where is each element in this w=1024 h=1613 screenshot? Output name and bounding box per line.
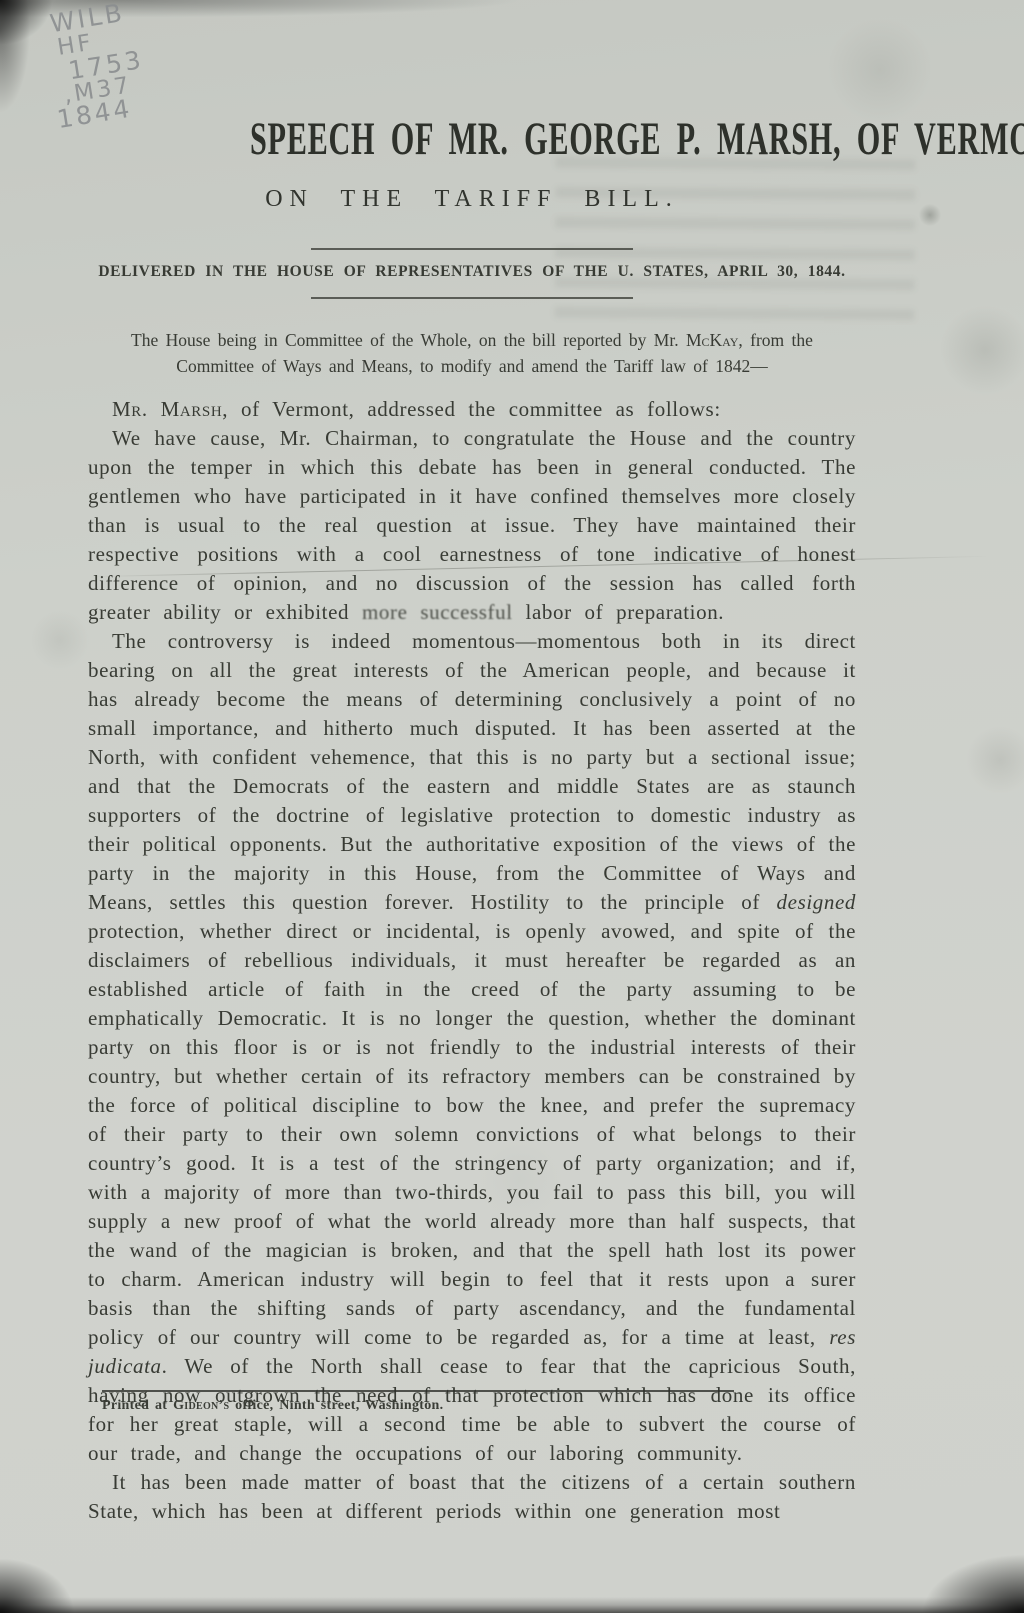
committee-preamble-line: Committee of Ways and Means, to modify a… (88, 353, 856, 379)
imprint-rule (102, 1390, 734, 1392)
delivery-statement: DELIVERED IN THE HOUSE OF REPRESENTATIVE… (88, 263, 856, 281)
speaker-attribution: Mr. Marsh, of Vermont, addressed the com… (88, 395, 856, 424)
text-segment: Mr. Marsh (112, 397, 222, 421)
committee-preamble: The House being in Committee of the Whol… (88, 327, 856, 379)
text-segment: We have cause, Mr. Chairman, to congratu… (88, 426, 856, 624)
text-segment: , of Vermont, addressed the committee as… (222, 397, 721, 421)
speech-subtitle: ON THE TARIFF BILL. (88, 184, 856, 214)
divider-rule-bottom (311, 297, 633, 299)
printed-content-column: SPEECH OF MR. GEORGE P. MARSH, OF VERMON… (88, 0, 856, 1526)
speech-title-text: SPEECH OF MR. GEORGE P. MARSH, OF VERMON… (250, 115, 1024, 164)
text-segment: The House being in Committee of the Whol… (131, 330, 686, 350)
committee-preamble-line: The House being in Committee of the Whol… (88, 327, 856, 353)
text-segment: designed (777, 890, 856, 914)
speech-body: Mr. Marsh, of Vermont, addressed the com… (88, 395, 856, 1526)
text-segment: , from the (738, 330, 813, 350)
pamphlet-page: WILB HF 1753 ,M37 1844 SPEECH OF MR. GEO… (0, 0, 1024, 1613)
text-segment: more successful (362, 600, 513, 624)
printer-imprint: Printed at Gideon’s office, Ninth street… (102, 1398, 742, 1414)
text-segment: Gideon’s (173, 1398, 229, 1413)
text-segment: Committee of Ways and Means, to modify a… (176, 356, 767, 376)
speech-paragraph: We have cause, Mr. Chairman, to congratu… (88, 424, 856, 627)
text-segment: Printed at (102, 1398, 173, 1413)
speech-paragraph: It has been made matter of boast that th… (88, 1468, 856, 1526)
text-segment: protection, whether direct or incidental… (88, 919, 856, 1349)
text-segment: labor of preparation. (513, 600, 724, 624)
divider-rule-top (311, 248, 633, 250)
imprint-footer: Printed at Gideon’s office, Ninth street… (102, 1390, 742, 1414)
text-segment: office, Ninth street, Washington. (229, 1398, 443, 1413)
text-segment: The controversy is indeed momentous—mome… (88, 629, 856, 914)
speech-paragraph: The controversy is indeed momentous—mome… (88, 627, 856, 1468)
text-segment: McKay (686, 330, 738, 350)
speech-title: SPEECH OF MR. GEORGE P. MARSH, OF VERMON… (88, 120, 856, 164)
text-segment: It has been made matter of boast that th… (88, 1470, 856, 1523)
